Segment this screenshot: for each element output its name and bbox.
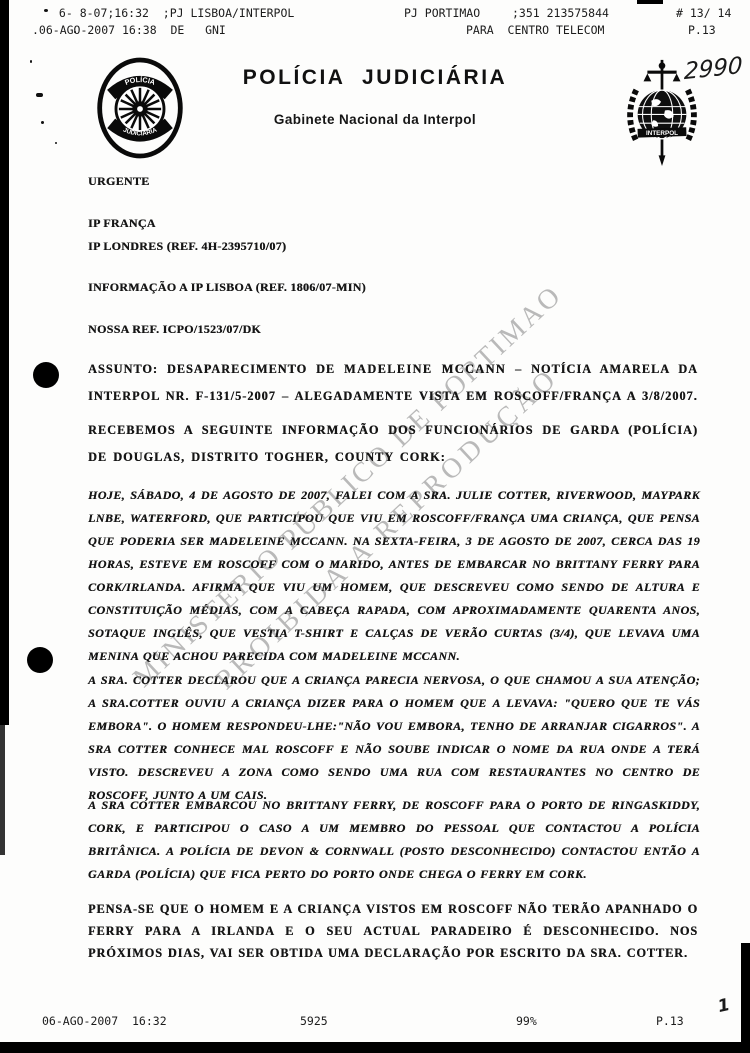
fax-footer-line: 06-AGO-2007 16:32 5925 99% P.13 [0,1014,750,1030]
subject-prefix: ASSUNTO: DESAPARECIMENTO DE [88,362,344,376]
scan-speck [55,142,57,144]
fax-document-page: MINISTÉRIO PÚBLICO DE PORTIMAO PROIBIDA … [0,0,750,1053]
statement-paragraph-1: HOJE, SÁBADO, 4 DE AGOSTO DE 2007, FALEI… [88,484,700,668]
document-title: POLÍCIA JUDICIÁRIA [200,66,550,90]
info-line: INFORMAÇÃO A IP LISBOA (REF. 1806/07-MIN… [88,276,698,299]
fax-header-page: P.13 [688,23,716,37]
fax-header-line-1: 6- 8-07;16:32 ;PJ LISBOA/INTERPOL PJ POR… [0,6,750,22]
scan-edge-left [0,0,9,725]
scan-speck [30,60,32,63]
closing-paragraph: PENSA-SE QUE O HOMEM E A CRIANÇA VISTOS … [88,898,698,964]
recipient-ip-franca: IP FRANÇA [88,212,698,235]
fax-header-line-2: .06-AGO-2007 16:38 DE GNI PARA CENTRO TE… [0,23,750,39]
statement-paragraph-3: A SRA COTTER EMBARCOU NO BRITTANY FERRY,… [88,794,700,886]
our-reference: NOSSA REF. ICPO/1523/07/DK [88,318,698,341]
recipient-ip-londres: IP LONDRES (REF. 4H-2395710/07) [88,235,698,258]
scan-edge-top-mark [637,0,663,4]
urgente-label: URGENTE [88,170,698,193]
scan-speck [36,93,43,97]
fax-footer-date: 06-AGO-2007 16:32 [42,1014,167,1028]
policia-judiciaria-badge-logo: POLÍCIA JUDICIÁRIA [92,52,188,164]
fax-footer-code: 5925 [300,1014,328,1028]
interpol-banner-text: INTERPOL [646,130,678,137]
intro-paragraph: RECEBEMOS A SEGUINTE INFORMAÇÃO DOS FUNC… [88,417,698,471]
scan-edge-right-lower [741,943,750,1053]
scan-edge-left-lower [0,725,5,855]
subject-line: ASSUNTO: DESAPARECIMENTO DE MADELEINE MC… [88,356,698,410]
hole-punch-mark-bottom [27,647,53,673]
document-subtitle: Gabinete Nacional da Interpol [200,112,550,127]
scan-speck [41,121,44,124]
fax-header-sender-time: 6- 8-07;16:32 ;PJ LISBOA/INTERPOL [52,6,294,20]
scan-speck [74,31,76,33]
scan-speck [44,9,48,12]
fax-header-page-count: # 13/ 14 [676,6,731,20]
handwritten-number: 2990 [684,53,743,85]
statement-paragraph-2: A SRA. COTTER DECLAROU QUE A CRIANÇA PAR… [88,669,700,807]
fax-header-date-from: .06-AGO-2007 16:38 DE GNI [32,23,226,37]
fax-header-phone: ;351 213575844 [512,6,609,20]
fax-header-to: PARA CENTRO TELECOM [466,23,604,37]
fax-header-station: PJ PORTIMAO [404,6,480,20]
hole-punch-mark-top [33,362,59,388]
scan-edge-bottom [0,1042,750,1053]
subject-missing-person-name: MADELEINE MCCANN [344,362,506,376]
fax-footer-page: P.13 [656,1014,684,1028]
fax-footer-percent: 99% [516,1014,537,1028]
